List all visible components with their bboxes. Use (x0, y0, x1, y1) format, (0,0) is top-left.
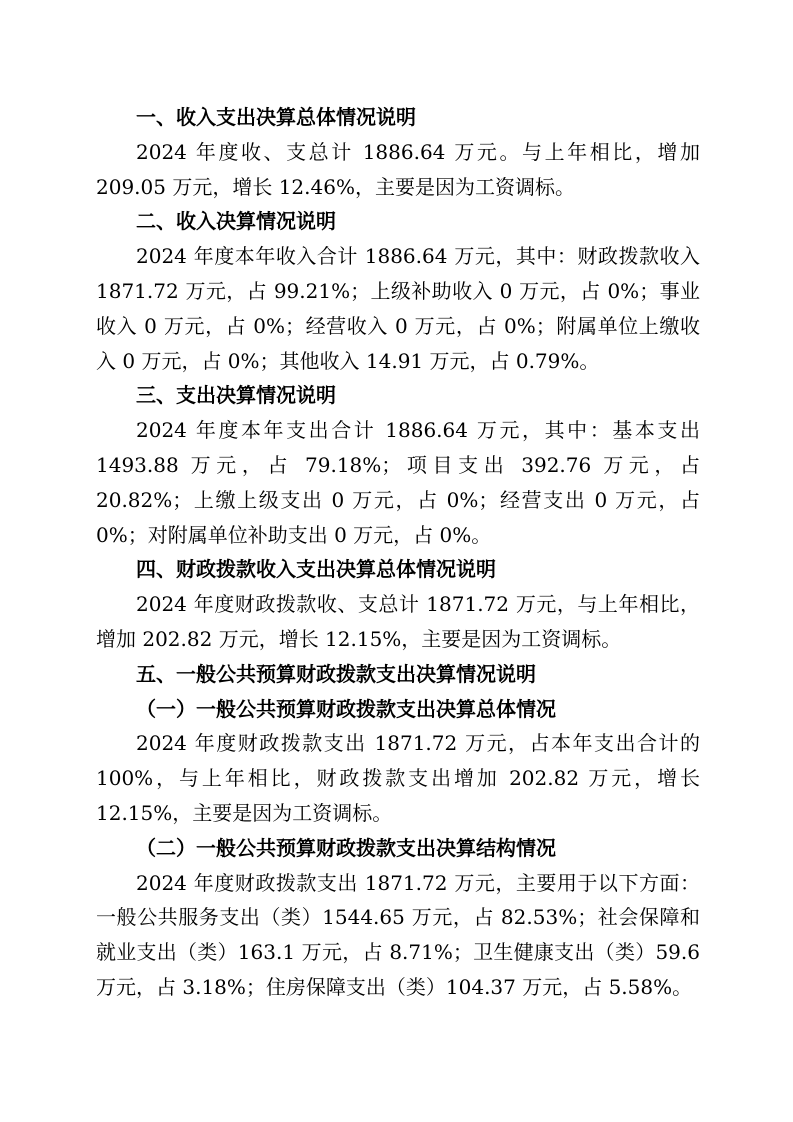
section-5-sub-1-heading: （一）一般公共预算财政拨款支出决算总体情况 (96, 692, 700, 727)
section-5-sub-2-paragraph: 2024 年度财政拨款支出 1871.72 万元，主要用于以下方面：一般公共服务… (96, 866, 700, 1005)
section-5-sub-2-heading: （二）一般公共预算财政拨款支出决算结构情况 (96, 831, 700, 866)
section-5-sub-1-paragraph: 2024 年度财政拨款支出 1871.72 万元，占本年支出合计的 100%，与… (96, 726, 700, 830)
section-1-heading: 一、收入支出决算总体情况说明 (96, 100, 700, 135)
section-2-heading: 二、收入决算情况说明 (96, 204, 700, 239)
section-5-heading: 五、一般公共预算财政拨款支出决算情况说明 (96, 657, 700, 692)
section-4-paragraph: 2024 年度财政拨款收、支总计 1871.72 万元，与上年相比，增加 202… (96, 587, 700, 657)
document-page: 一、收入支出决算总体情况说明 2024 年度收、支总计 1886.64 万元。与… (0, 0, 793, 1122)
section-2-paragraph: 2024 年度本年收入合计 1886.64 万元，其中：财政拨款收入 1871.… (96, 239, 700, 378)
section-1-paragraph: 2024 年度收、支总计 1886.64 万元。与上年相比，增加 209.05 … (96, 135, 700, 205)
document-body: 一、收入支出决算总体情况说明 2024 年度收、支总计 1886.64 万元。与… (96, 100, 700, 1005)
section-3-paragraph: 2024 年度本年支出合计 1886.64 万元，其中：基本支出 1493.88… (96, 413, 700, 552)
section-3-heading: 三、支出决算情况说明 (96, 378, 700, 413)
section-4-heading: 四、财政拨款收入支出决算总体情况说明 (96, 552, 700, 587)
